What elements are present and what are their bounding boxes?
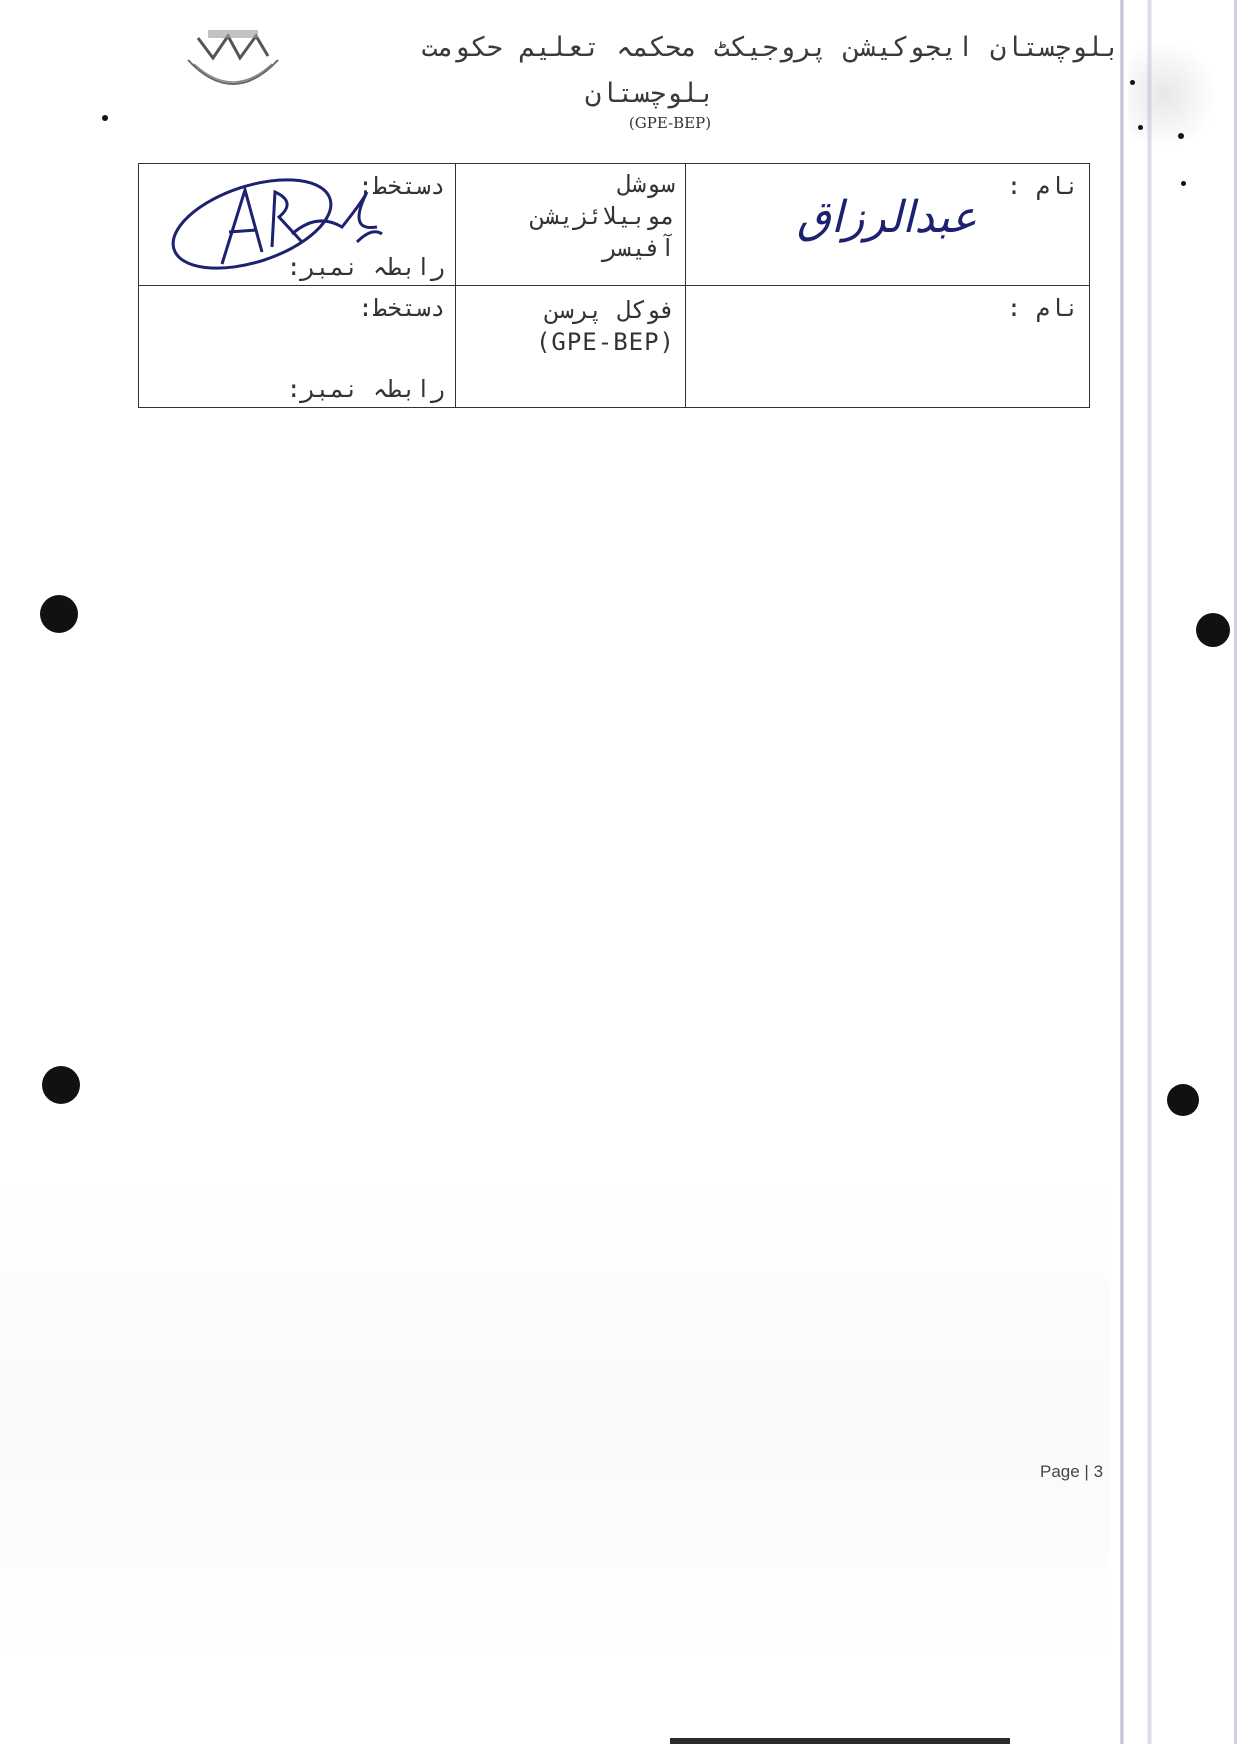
table-row: نام : فوکل پرسن (GPE-BEP) دستخط: رابطہ ن… (139, 286, 1090, 408)
name-label: نام : (1007, 294, 1079, 322)
scan-shading (0, 1180, 1110, 1660)
officials-table: نام : عبدالرزاق سوشل موبیلائزیشن آفیسر د… (138, 163, 1090, 408)
name-label: نام : (1007, 172, 1079, 200)
header-title-line1: بلوچستان ایجوکیشن پروجیکٹ محکمہ تعلیم حک… (421, 32, 1120, 63)
role-title: فوکل پرسن (GPE-BEP) (536, 294, 675, 358)
punch-hole-icon (40, 595, 78, 633)
signature-label: دستخط: (358, 294, 445, 322)
punch-hole-icon (42, 1066, 80, 1104)
signature-cell: دستخط: رابطہ نمبر: (139, 164, 456, 286)
role-line: آفیسر (531, 232, 676, 264)
binder-edge-line (1120, 0, 1124, 1744)
role-title: سوشل موبیلائزیشن آفیسر (531, 168, 676, 264)
page-edge-line (1234, 0, 1237, 1744)
binder-edge-line (1147, 0, 1152, 1744)
table-row: نام : عبدالرزاق سوشل موبیلائزیشن آفیسر د… (139, 164, 1090, 286)
name-cell: نام : (686, 286, 1090, 408)
scan-speck (102, 115, 108, 121)
name-cell: نام : عبدالرزاق (686, 164, 1090, 286)
government-emblem-icon (178, 28, 288, 96)
signature-cell: دستخط: رابطہ نمبر: (139, 286, 456, 408)
scan-speck (1130, 80, 1135, 85)
role-line: سوشل (531, 168, 676, 200)
page-number: Page | 3 (1040, 1462, 1103, 1482)
scan-speck (1138, 125, 1143, 130)
scan-edge-strip (670, 1738, 1010, 1744)
role-line: فوکل پرسن (536, 294, 675, 326)
punch-hole-icon (1167, 1084, 1199, 1116)
scan-noise (1128, 40, 1218, 150)
project-code: (GPE-BEP) (120, 114, 1120, 132)
role-line: (GPE-BEP) (536, 326, 675, 358)
scan-speck (1178, 133, 1184, 139)
role-cell: فوکل پرسن (GPE-BEP) (456, 286, 686, 408)
contact-number-label: رابطہ نمبر: (286, 375, 445, 403)
handwritten-name: عبدالرزاق (797, 192, 977, 243)
role-line: موبیلائزیشن (531, 200, 676, 232)
role-cell: سوشل موبیلائزیشن آفیسر (456, 164, 686, 286)
punch-hole-icon (1196, 613, 1230, 647)
scan-speck (1181, 181, 1186, 186)
contact-number-label: رابطہ نمبر: (286, 253, 445, 281)
